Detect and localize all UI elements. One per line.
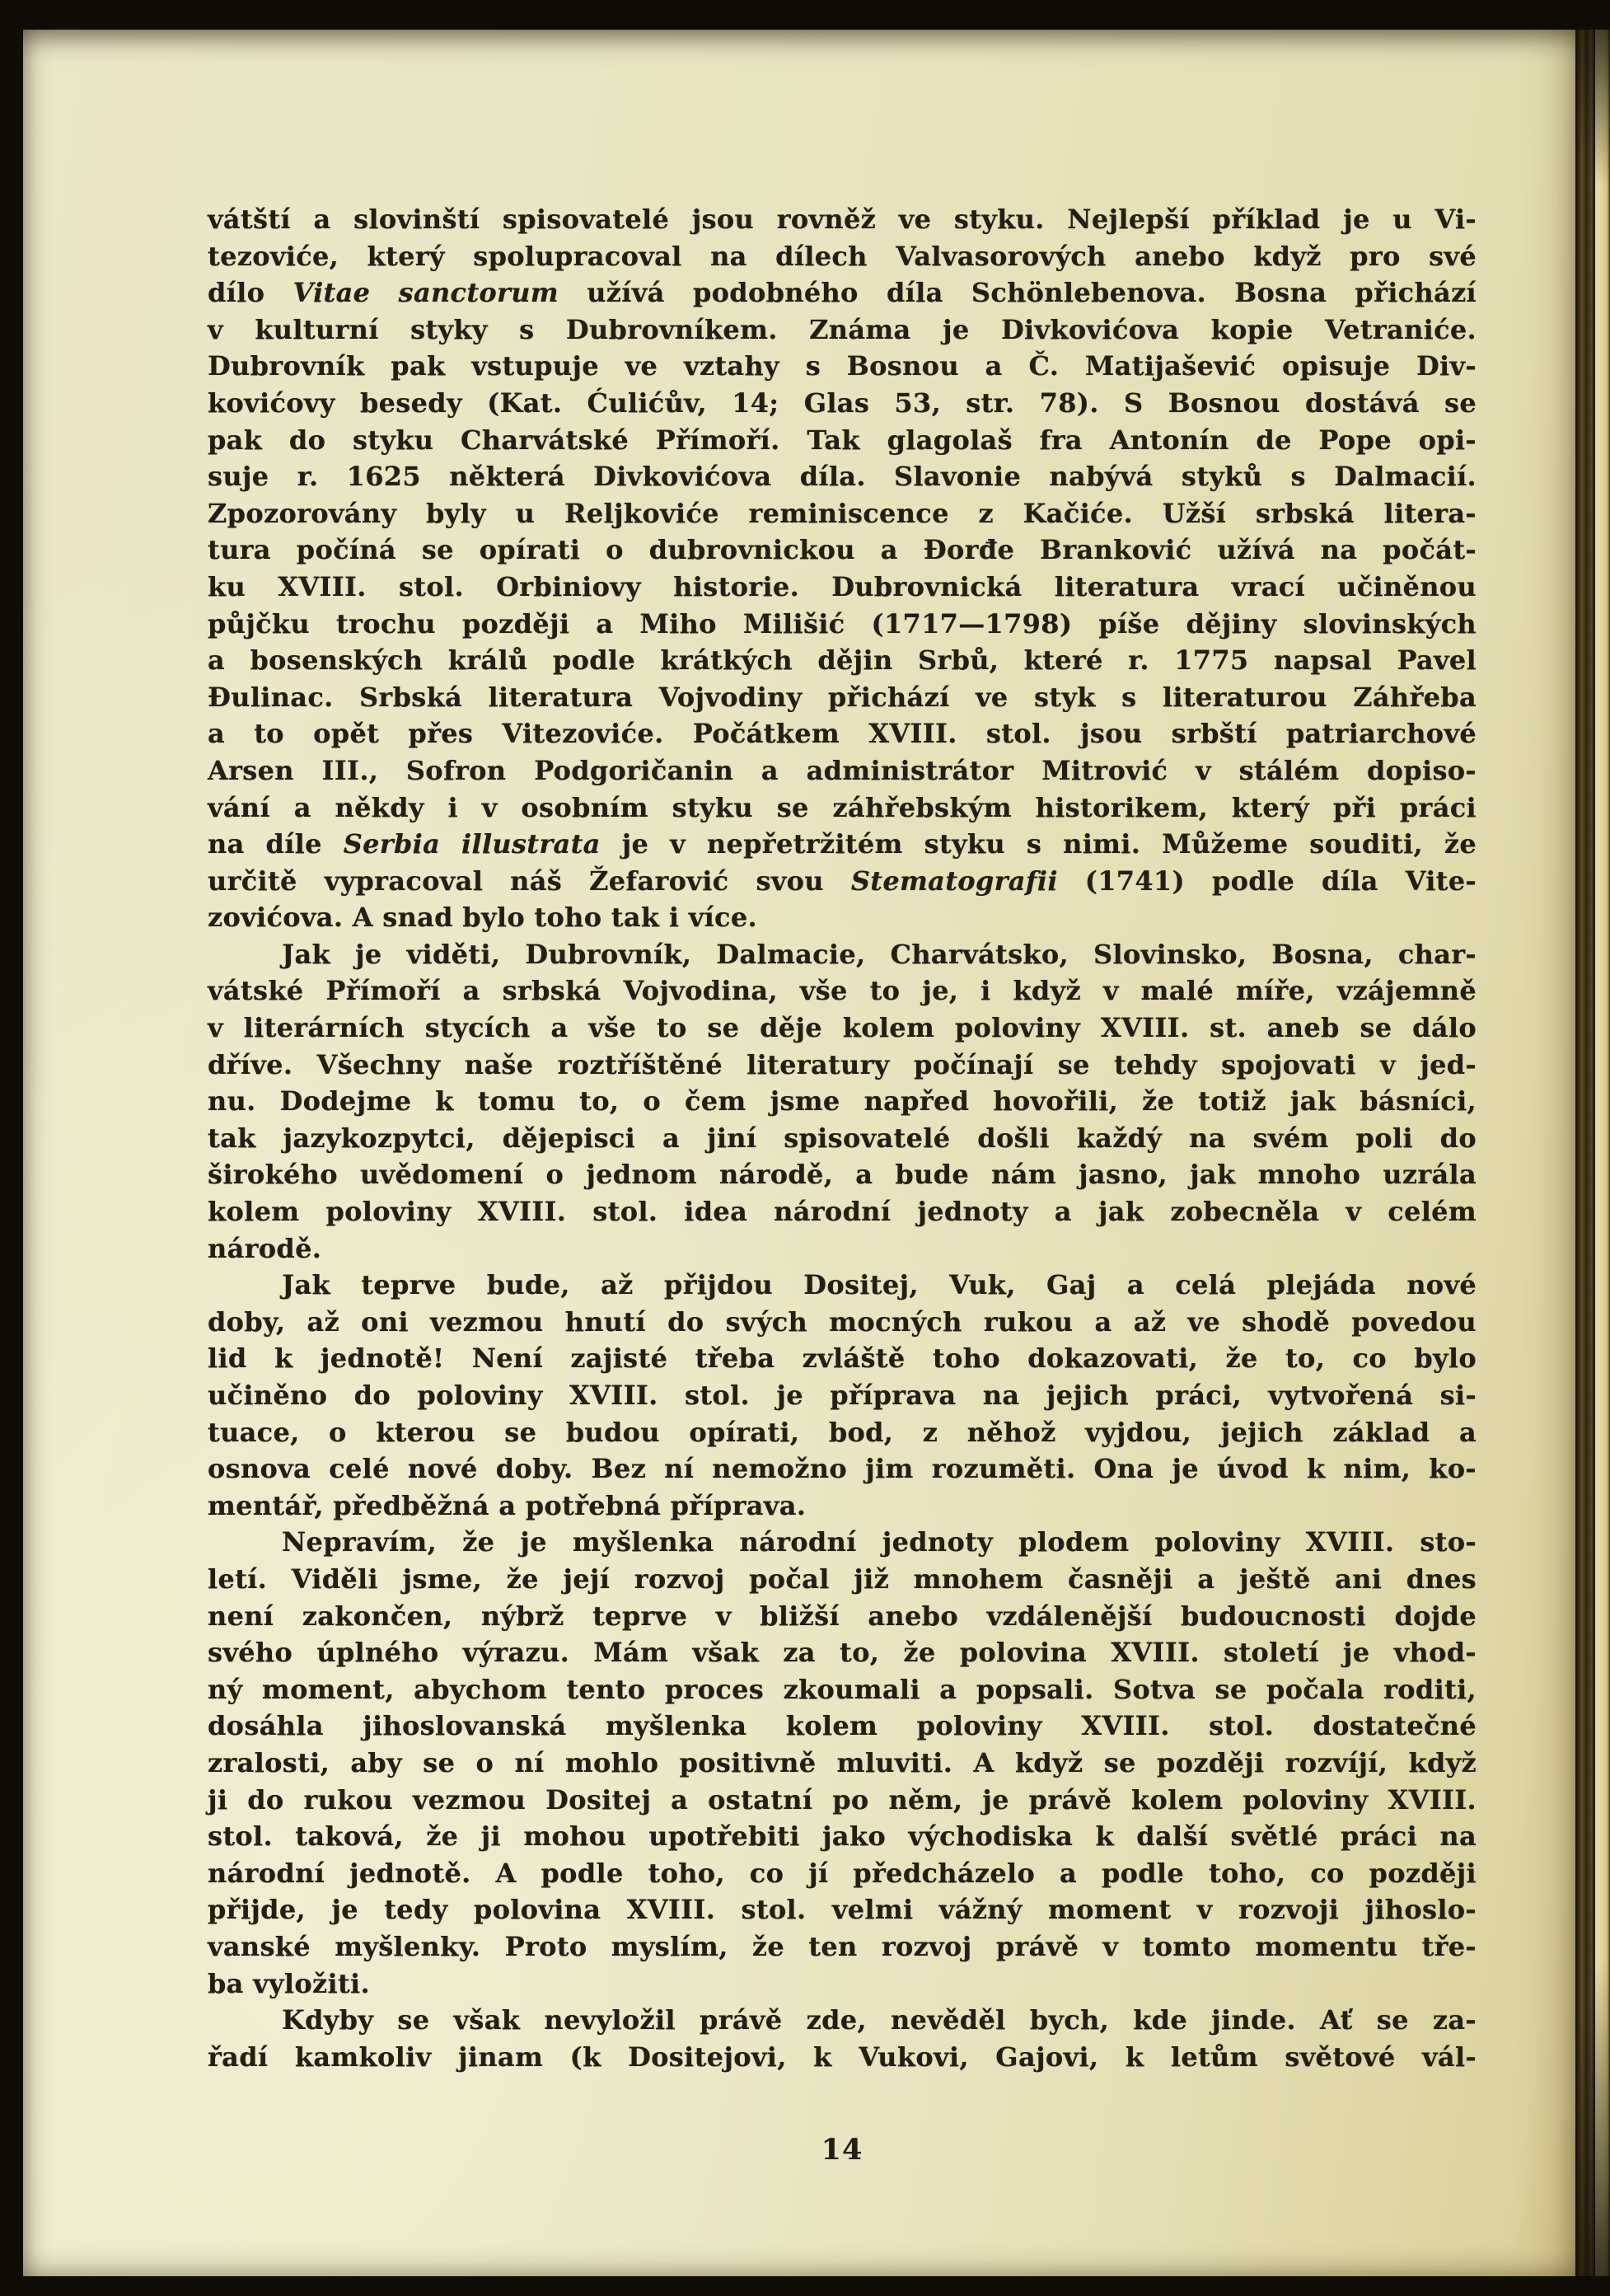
- text-line: a bosenských králů podle krátkých dějin …: [208, 642, 1477, 679]
- text-segment: vanské myšlenky. Proto myslím, že ten ro…: [208, 1931, 1477, 1962]
- text-line: letí. Viděli jsme, že její rozvoj počal …: [208, 1561, 1477, 1598]
- text-segment: v kulturní styky s Dubrovníkem. Známa je…: [208, 314, 1477, 345]
- text-line: vátské Přímoří a srbská Vojvodina, vše t…: [208, 972, 1477, 1010]
- text-line: Đulinac. Srbská literatura Vojvodiny při…: [208, 679, 1477, 716]
- text-line: Zpozorovány byly u Reljkoviće reminiscen…: [208, 495, 1477, 532]
- text-line: pak do styku Charvátské Přímoří. Tak gla…: [208, 422, 1477, 459]
- text-line: zralosti, aby se o ní mohlo positivně ml…: [208, 1745, 1477, 1782]
- text-segment: vátské Přímoří a srbská Vojvodina, vše t…: [208, 975, 1477, 1006]
- text-line: Jak je viděti, Dubrovník, Dalmacie, Char…: [208, 936, 1477, 973]
- text-line: osnova celé nové doby. Bez ní nemožno ji…: [208, 1450, 1477, 1488]
- text-segment: stol. taková, že ji mohou upotřebiti jak…: [208, 1820, 1477, 1852]
- text-segment: Nepravím, že je myšlenka národní jednoty…: [282, 1526, 1477, 1558]
- text-line: přijde, je tedy polovina XVIII. stol. ve…: [208, 1891, 1477, 1928]
- text-line: nu. Dodejme k tomu to, o čem jsme napřed…: [208, 1083, 1477, 1120]
- text-line: vátští a slovinští spisovatelé jsou rovn…: [208, 201, 1477, 238]
- text-line: v kulturní styky s Dubrovníkem. Známa je…: [208, 312, 1477, 349]
- text-segment: lid k jednotě! Není zajisté třeba zvlášt…: [208, 1342, 1477, 1374]
- text-segment: Dubrovník pak vstupuje ve vztahy s Bosno…: [208, 350, 1477, 382]
- text-line: kolem poloviny XVIII. stol. idea národní…: [208, 1193, 1477, 1230]
- text-line: řadí kamkoliv jinam (k Dositejovi, k Vuk…: [208, 2039, 1477, 2076]
- text-line: dosáhla jihoslovanská myšlenka kolem pol…: [208, 1708, 1477, 1745]
- text-segment: širokého uvědomení o jednom národě, a bu…: [208, 1159, 1477, 1190]
- text-line: Arsen III., Sofron Podgoričanin a admini…: [208, 752, 1477, 790]
- page-number: 14: [208, 2133, 1477, 2167]
- text-segment: tezoviće, který spolupracoval na dílech …: [208, 241, 1477, 272]
- text-segment: tak jazykozpytci, dějepisci a jiní spiso…: [208, 1122, 1477, 1154]
- text-segment: není zakončen, nýbrž teprve v bližší ane…: [208, 1600, 1477, 1632]
- text-line: vanské myšlenky. Proto myslím, že ten ro…: [208, 1928, 1477, 1966]
- text-line: suje r. 1625 některá Divkovićova díla. S…: [208, 458, 1477, 495]
- text-line: tezoviće, který spolupracoval na dílech …: [208, 238, 1477, 275]
- text-segment: zovićova. A snad bylo toho tak i více.: [208, 902, 757, 933]
- text-line: zovićova. A snad bylo toho tak i více.: [208, 899, 1477, 936]
- text-segment: tura počíná se opírati o dubrovnickou a …: [208, 534, 1477, 565]
- text-segment: mentář, předběžná a potřebná příprava.: [208, 1490, 806, 1521]
- text-segment: Zpozorovány byly u Reljkoviće reminiscen…: [208, 498, 1477, 529]
- text-line: určitě vypracoval náš Žefarović svou Ste…: [208, 863, 1477, 900]
- text-segment: v literárních stycích a vše to se děje k…: [208, 1012, 1477, 1043]
- text-segment: dříve. Všechny naše roztříštěné literatu…: [208, 1049, 1477, 1080]
- text-segment: ba vyložiti.: [208, 1968, 370, 1999]
- text-segment: vání a někdy i v osobním styku se záhřeb…: [208, 792, 1477, 823]
- text-segment: národní jednotě. A podle toho, co jí pře…: [208, 1858, 1477, 1889]
- text-segment: nu. Dodejme k tomu to, o čem jsme napřed…: [208, 1085, 1477, 1117]
- text-segment: učiněno do poloviny XVIII. stol. je příp…: [208, 1380, 1477, 1411]
- italic-text: Stematografii: [851, 865, 1058, 897]
- text-line: Kdyby se však nevyložil právě zde, nevěd…: [208, 2002, 1477, 2039]
- text-segment: a bosenských králů podle krátkých dějin …: [208, 644, 1477, 676]
- text-segment: letí. Viděli jsme, že její rozvoj počal …: [208, 1563, 1477, 1595]
- text-segment: Arsen III., Sofron Podgoričanin a admini…: [208, 755, 1477, 786]
- text-segment: národě.: [208, 1233, 321, 1264]
- text-block: vátští a slovinští spisovatelé jsou rovn…: [208, 201, 1477, 2075]
- text-line: v literárních stycích a vše to se děje k…: [208, 1010, 1477, 1047]
- text-segment: doby, až oni vezmou hnutí do svých mocný…: [208, 1306, 1477, 1338]
- text-segment: osnova celé nové doby. Bez ní nemožno ji…: [208, 1453, 1477, 1484]
- text-segment: na díle: [208, 828, 344, 860]
- text-segment: kovićovy besedy (Kat. Ćulićův, 14; Glas …: [208, 387, 1477, 419]
- text-segment: zralosti, aby se o ní mohlo positivně ml…: [208, 1747, 1477, 1778]
- text-line: vání a někdy i v osobním styku se záhřeb…: [208, 790, 1477, 827]
- text-line: není zakončen, nýbrž teprve v bližší ane…: [208, 1598, 1477, 1635]
- text-segment: Jak teprve bude, až přijdou Dositej, Vuk…: [282, 1269, 1477, 1300]
- text-line: ji do rukou vezmou Dositej a ostatní po …: [208, 1782, 1477, 1819]
- text-segment: půjčku trochu později a Miho Milišić (17…: [208, 608, 1477, 640]
- text-segment: přijde, je tedy polovina XVIII. stol. ve…: [208, 1894, 1477, 1925]
- text-line: a to opět přes Vitezoviće. Počátkem XVII…: [208, 715, 1477, 752]
- text-line: národě.: [208, 1230, 1477, 1267]
- text-segment: suje r. 1625 některá Divkovićova díla. S…: [208, 461, 1477, 492]
- text-line: širokého uvědomení o jednom národě, a bu…: [208, 1156, 1477, 1193]
- text-segment: Jak je viděti, Dubrovník, Dalmacie, Char…: [282, 939, 1477, 970]
- text-segment: (1741) podle díla Vite-: [1058, 865, 1477, 897]
- text-segment: užívá podobného díla Schönlebenova. Bosn…: [559, 277, 1477, 308]
- text-line: dříve. Všechny naše roztříštěné literatu…: [208, 1047, 1477, 1084]
- text-line: tak jazykozpytci, dějepisci a jiní spiso…: [208, 1120, 1477, 1157]
- text-line: doby, až oni vezmou hnutí do svých mocný…: [208, 1304, 1477, 1341]
- text-line: svého úplného výrazu. Mám však za to, že…: [208, 1634, 1477, 1671]
- text-segment: ji do rukou vezmou Dositej a ostatní po …: [208, 1784, 1477, 1816]
- text-line: ba vyložiti.: [208, 1966, 1477, 2003]
- italic-text: Vitae sanctorum: [293, 277, 559, 308]
- gutter-crease: [1575, 30, 1595, 2276]
- text-line: učiněno do poloviny XVIII. stol. je příp…: [208, 1377, 1477, 1414]
- text-segment: kolem poloviny XVIII. stol. idea národní…: [208, 1196, 1477, 1227]
- scanned-book-photo: vátští a slovinští spisovatelé jsou rovn…: [0, 0, 1610, 2296]
- text-segment: a to opět přes Vitezoviće. Počátkem XVII…: [208, 718, 1477, 749]
- text-segment: dosáhla jihoslovanská myšlenka kolem pol…: [208, 1710, 1477, 1741]
- text-line: dílo Vitae sanctorum užívá podobného díl…: [208, 274, 1477, 312]
- text-line: ku XVIII. stol. Orbiniovy historie. Dubr…: [208, 569, 1477, 606]
- text-line: kovićovy besedy (Kat. Ćulićův, 14; Glas …: [208, 385, 1477, 422]
- text-segment: Đulinac. Srbská literatura Vojvodiny při…: [208, 682, 1477, 713]
- text-segment: Kdyby se však nevyložil právě zde, nevěd…: [282, 2004, 1477, 2036]
- text-line: Dubrovník pak vstupuje ve vztahy s Bosno…: [208, 348, 1477, 385]
- text-segment: řadí kamkoliv jinam (k Dositejovi, k Vuk…: [208, 2041, 1477, 2073]
- text-segment: je v nepřetržitém styku s nimi. Můžeme s…: [601, 828, 1477, 860]
- text-segment: pak do styku Charvátské Přímoří. Tak gla…: [208, 424, 1477, 456]
- page-edges: [1595, 30, 1610, 2276]
- text-line: tura počíná se opírati o dubrovnickou a …: [208, 532, 1477, 569]
- text-segment: dílo: [208, 277, 293, 308]
- text-line: ný moment, abychom tento proces zkoumali…: [208, 1671, 1477, 1708]
- italic-text: Serbia illustrata: [344, 828, 601, 860]
- text-segment: určitě vypracoval náš Žefarović svou: [208, 865, 851, 897]
- text-line: na díle Serbia illustrata je v nepřetrži…: [208, 826, 1477, 863]
- text-line: mentář, předběžná a potřebná příprava.: [208, 1488, 1477, 1525]
- text-line: stol. taková, že ji mohou upotřebiti jak…: [208, 1818, 1477, 1855]
- text-line: tuace, o kterou se budou opírati, bod, z…: [208, 1414, 1477, 1451]
- text-line: Nepravím, že je myšlenka národní jednoty…: [208, 1524, 1477, 1561]
- text-segment: ný moment, abychom tento proces zkoumali…: [208, 1674, 1477, 1705]
- text-line: lid k jednotě! Není zajisté třeba zvlášt…: [208, 1340, 1477, 1377]
- text-segment: vátští a slovinští spisovatelé jsou rovn…: [208, 204, 1477, 235]
- text-line: půjčku trochu později a Miho Milišić (17…: [208, 606, 1477, 643]
- text-line: Jak teprve bude, až přijdou Dositej, Vuk…: [208, 1267, 1477, 1304]
- text-line: národní jednotě. A podle toho, co jí pře…: [208, 1855, 1477, 1892]
- text-segment: ku XVIII. stol. Orbiniovy historie. Dubr…: [208, 571, 1477, 602]
- text-segment: tuace, o kterou se budou opírati, bod, z…: [208, 1417, 1477, 1448]
- text-segment: svého úplného výrazu. Mám však za to, že…: [208, 1637, 1477, 1668]
